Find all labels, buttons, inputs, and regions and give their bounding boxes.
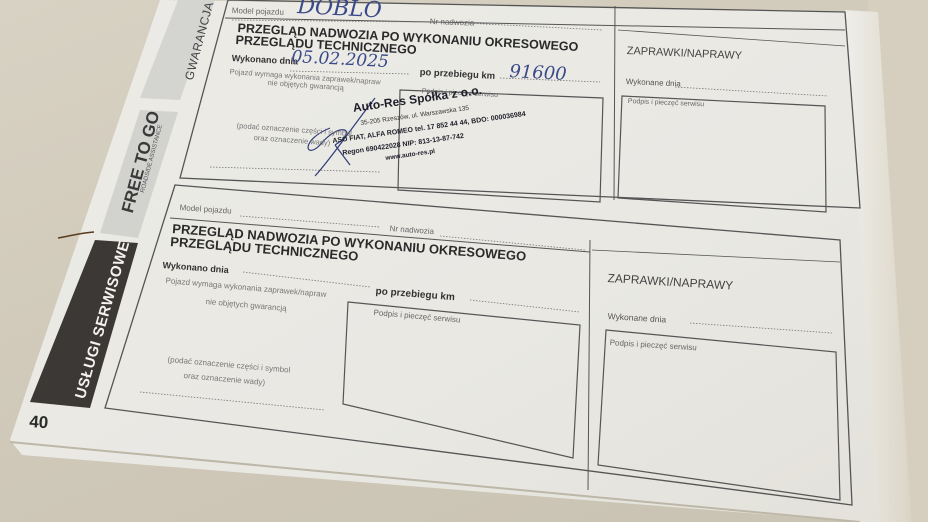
model-label: Model pojazdu [232, 6, 284, 17]
vin-label: Nr nadwozia [430, 17, 475, 28]
mileage-value[interactable]: 91600 [509, 61, 567, 85]
booklet-photo: GWARANCJA FREE TO GO ROADSIDE ASSISTANCE… [0, 0, 928, 522]
page-number: 40 [29, 412, 49, 433]
